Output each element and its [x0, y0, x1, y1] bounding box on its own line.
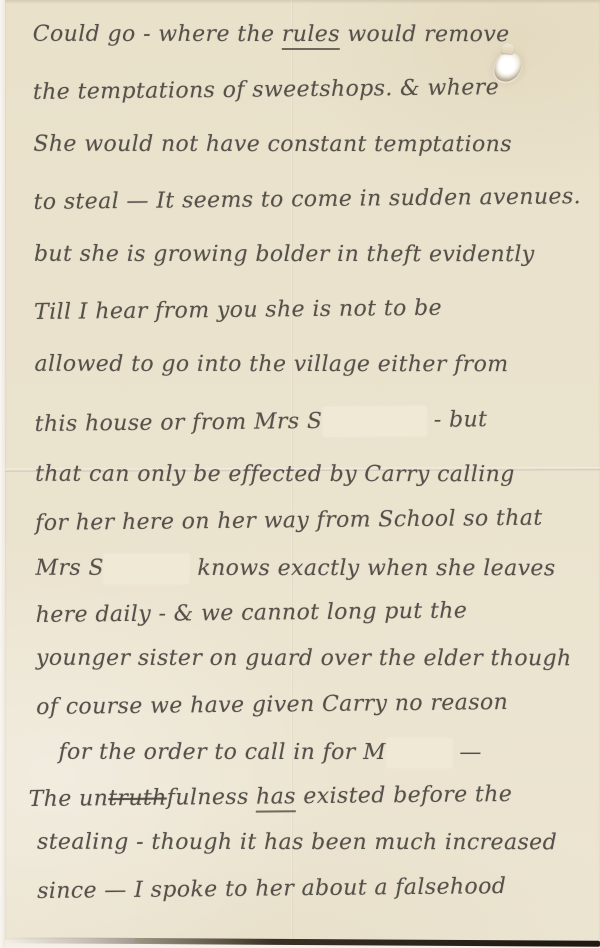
handwriting-block: Could go - where the rules would removet… — [33, 21, 600, 924]
handwritten-text: this house or from Mrs S — [35, 409, 323, 437]
handwritten-text: Mrs S — [36, 556, 104, 581]
handwritten-text: of course we have given Carry no reason — [36, 690, 508, 720]
handwritten-text: for her here on her way from School so t… — [35, 506, 543, 536]
redaction-patch — [104, 554, 190, 584]
handwritten-text: rules — [282, 22, 340, 50]
handwritten-text: — — [452, 740, 482, 765]
handwritten-line: but she is growing bolder in theft evide… — [34, 242, 597, 297]
handwritten-text: would remove — [340, 22, 510, 47]
handwritten-line: here daily - & we cannot long put the — [36, 597, 599, 649]
handwritten-line: Could go - where the rules would remove — [33, 22, 596, 77]
handwritten-text: truth — [108, 786, 167, 812]
handwritten-text: fulness — [167, 785, 257, 811]
handwritten-text: The un — [29, 786, 109, 812]
handwritten-line: the temptations of sweetshops. & where — [33, 74, 597, 135]
handwritten-text: that can only be effected by Carry calli… — [35, 462, 515, 487]
handwritten-text: existed before the — [296, 782, 513, 809]
handwritten-line: The untruthfulness has existed before th… — [29, 781, 600, 833]
handwritten-line: for her here on her way from School so t… — [35, 505, 598, 557]
handwritten-line: since — I spoke to her about a falsehood — [37, 873, 600, 925]
handwritten-line: of course we have given Carry no reason — [36, 689, 599, 741]
redaction-patch — [386, 738, 452, 768]
handwritten-text: younger sister on guard over the elder t… — [36, 646, 572, 671]
handwritten-line: She would not have constant temptations — [33, 132, 596, 187]
handwritten-line: Till I hear from you she is not to be — [34, 294, 598, 355]
handwritten-text: to steal — It seems to come in sudden av… — [33, 184, 581, 215]
handwritten-line: this house or from Mrs S - but — [35, 404, 599, 465]
handwritten-text: knows exactly when she leaves — [190, 556, 556, 581]
handwritten-text: here daily - & we cannot long put the — [36, 598, 468, 628]
handwritten-line: stealing - though it has been much incre… — [37, 830, 600, 876]
handwritten-text: has — [256, 784, 296, 812]
letter-page: Could go - where the rules would removet… — [5, 0, 600, 943]
handwritten-text: but she is growing bolder in theft evide… — [34, 242, 535, 267]
handwritten-line: that can only be effected by Carry calli… — [35, 462, 598, 508]
handwritten-line: Mrs S knows exactly when she leaves — [36, 554, 599, 600]
redaction-patch — [322, 406, 426, 437]
handwritten-line: younger sister on guard over the elder t… — [36, 646, 599, 692]
handwritten-text: allowed to go into the village either fr… — [35, 352, 509, 377]
handwritten-text: since — I spoke to her about a falsehood — [37, 874, 506, 904]
handwritten-line: allowed to go into the village either fr… — [34, 352, 597, 407]
letter-scan: Could go - where the rules would removet… — [0, 0, 600, 948]
handwritten-text: stealing - though it has been much incre… — [37, 830, 557, 855]
handwritten-text: - but — [426, 407, 487, 433]
handwritten-text: for the order to call in for M — [59, 740, 387, 765]
handwritten-line: for the order to call in for M — — [36, 738, 599, 784]
handwritten-text: Could go - where the — [33, 22, 282, 47]
handwritten-text: Till I hear from you she is not to be — [34, 296, 442, 325]
handwritten-text: the temptations of sweetshops. & where — [33, 75, 499, 105]
handwritten-line: to steal — It seems to come in sudden av… — [33, 184, 597, 245]
handwritten-text: She would not have constant temptations — [33, 132, 512, 157]
